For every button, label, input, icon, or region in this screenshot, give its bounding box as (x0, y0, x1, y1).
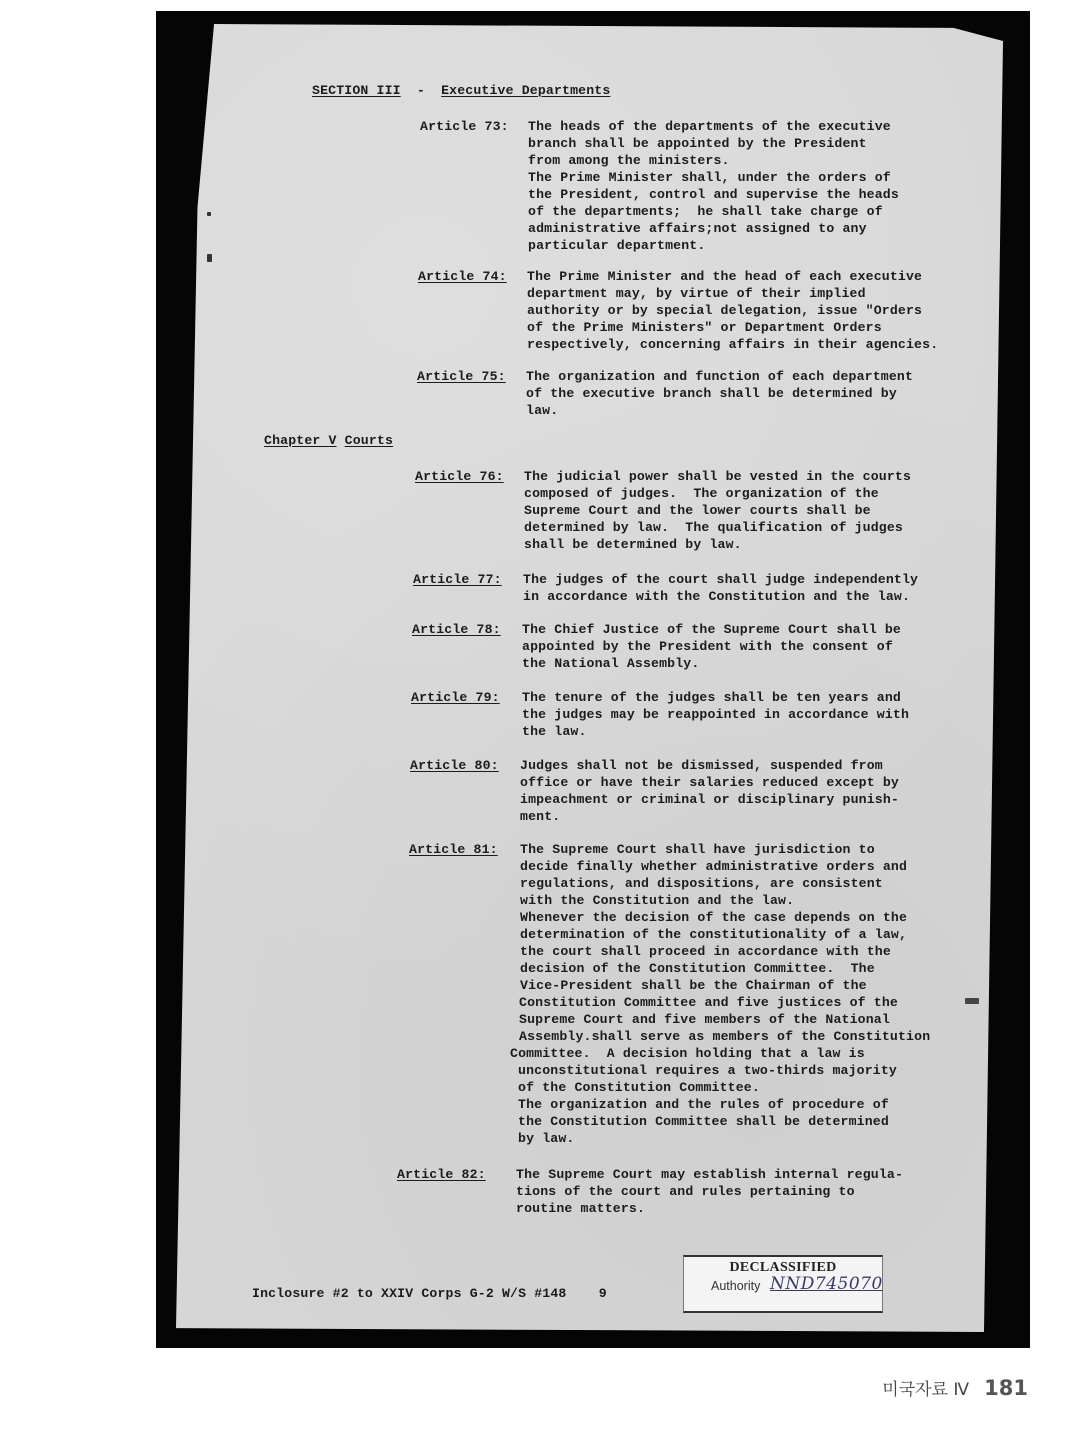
article-81-line: the court shall proceed in accordance wi… (520, 943, 891, 960)
article-81-line: determination of the constitutionality o… (520, 926, 907, 943)
article-75-line: of the executive branch shall be determi… (526, 385, 897, 402)
scan-speck (207, 212, 211, 216)
article-79-line: the judges may be reappointed in accorda… (522, 706, 909, 723)
article-78-line: The Chief Justice of the Supreme Court s… (522, 621, 901, 638)
article-78-line: the National Assembly. (522, 655, 699, 672)
article-74-label: Article 74: (418, 268, 507, 285)
article-73-line: The heads of the departments of the exec… (528, 118, 891, 135)
article-77-line: in accordance with the Constitution and … (523, 588, 910, 605)
article-82-line: routine matters. (516, 1200, 645, 1217)
article-81-line: Supreme Court and five members of the Na… (519, 1011, 890, 1028)
article-81-line: The Supreme Court shall have jurisdictio… (520, 841, 875, 858)
article-80-line: impeachment or criminal or disciplinary … (520, 791, 899, 808)
article-76-line: Supreme Court and the lower courts shall… (524, 502, 871, 519)
section-heading: SECTION III - Executive Departments (312, 82, 610, 99)
article-81-line: regulations, and dispositions, are consi… (520, 875, 883, 892)
article-79-line: The tenure of the judges shall be ten ye… (522, 689, 901, 706)
article-77-line: The judges of the court shall judge inde… (523, 571, 918, 588)
article-81-line: The organization and the rules of proced… (518, 1096, 889, 1113)
article-81-line: decision of the Constitution Committee. … (520, 960, 875, 977)
chapter-heading: Chapter V Courts (264, 432, 393, 449)
article-80-line: office or have their salaries reduced ex… (520, 774, 899, 791)
article-81-line: Assembly.shall serve as members of the C… (519, 1028, 930, 1045)
article-79-label: Article 79: (411, 689, 500, 706)
article-73-line: of the departments; he shall take charge… (528, 203, 883, 220)
article-75-line: The organization and function of each de… (526, 368, 913, 385)
article-73-line: The Prime Minister shall, under the orde… (528, 169, 891, 186)
series-title: 미국자료 Ⅳ (882, 1380, 969, 1400)
chapter-title: Courts (345, 433, 393, 448)
article-73-line: branch shall be appointed by the Preside… (528, 135, 867, 152)
article-77-label: Article 77: (413, 571, 502, 588)
section-title: Executive Departments (441, 83, 610, 98)
article-76-label: Article 76: (415, 468, 504, 485)
article-73-line: particular department. (528, 237, 705, 254)
article-80-line: ment. (520, 808, 560, 825)
declassified-stamp: DECLASSIFIED Authority NND745070 (683, 1255, 883, 1313)
scan-speck (207, 254, 212, 262)
article-82-label: Article 82: (397, 1166, 486, 1183)
article-76-line: determined by law. The qualification of … (524, 519, 903, 536)
page-footer: 미국자료 Ⅳ 181 (882, 1375, 1028, 1400)
article-81-line: Vice-President shall be the Chairman of … (520, 977, 867, 994)
article-75-line: law. (526, 402, 558, 419)
article-81-line: by law. (518, 1130, 574, 1147)
scan-speck (965, 998, 979, 1004)
article-81-line: Committee. A decision holding that a law… (510, 1045, 865, 1062)
section-dash: - (417, 83, 425, 98)
article-74-line: authority or by special delegation, issu… (527, 302, 922, 319)
article-80-label: Article 80: (410, 757, 499, 774)
inclosure-line: Inclosure #2 to XXIV Corps G-2 W/S #148 … (252, 1285, 607, 1302)
article-73-line: the President, control and supervise the… (528, 186, 899, 203)
article-74-line: The Prime Minister and the head of each … (527, 268, 922, 285)
article-80-line: Judges shall not be dismissed, suspended… (520, 757, 883, 774)
article-76-line: The judicial power shall be vested in th… (524, 468, 911, 485)
article-74-line: department may, by virtue of their impli… (527, 285, 866, 302)
article-81-line: the Constitution Committee shall be dete… (518, 1113, 889, 1130)
article-81-line: Whenever the decision of the case depend… (520, 909, 907, 926)
chapter-number: Chapter V (264, 433, 337, 448)
article-81-line: decide finally whether administrative or… (520, 858, 907, 875)
section-number: SECTION III (312, 83, 401, 98)
article-81-label: Article 81: (409, 841, 498, 858)
page-number: 181 (984, 1376, 1028, 1400)
article-78-line: appointed by the President with the cons… (522, 638, 893, 655)
article-76-line: shall be determined by law. (524, 536, 742, 553)
article-82-line: tions of the court and rules pertaining … (516, 1183, 855, 1200)
article-73-line: administrative affairs;not assigned to a… (528, 220, 867, 237)
article-74-line: respectively, concerning affairs in thei… (527, 336, 938, 353)
article-74-line: of the Prime Ministers" or Department Or… (527, 319, 882, 336)
article-81-line: with the Constitution and the law. (520, 892, 794, 909)
article-81-line: Constitution Committee and five justices… (519, 994, 898, 1011)
article-79-line: the law. (522, 723, 587, 740)
stamp-authority-number: NND745070 (770, 1274, 883, 1294)
article-76-line: composed of judges. The organization of … (524, 485, 879, 502)
article-73-label: Article 73: (420, 118, 509, 135)
article-78-label: Article 78: (412, 621, 501, 638)
article-81-line: of the Constitution Committee. (518, 1079, 760, 1096)
article-75-label: Article 75: (417, 368, 506, 385)
article-81-line: unconstitutional requires a two-thirds m… (518, 1062, 897, 1079)
stamp-authority-label: Authority (711, 1279, 760, 1293)
article-73-line: from among the ministers. (528, 152, 730, 169)
article-82-line: The Supreme Court may establish internal… (516, 1166, 903, 1183)
